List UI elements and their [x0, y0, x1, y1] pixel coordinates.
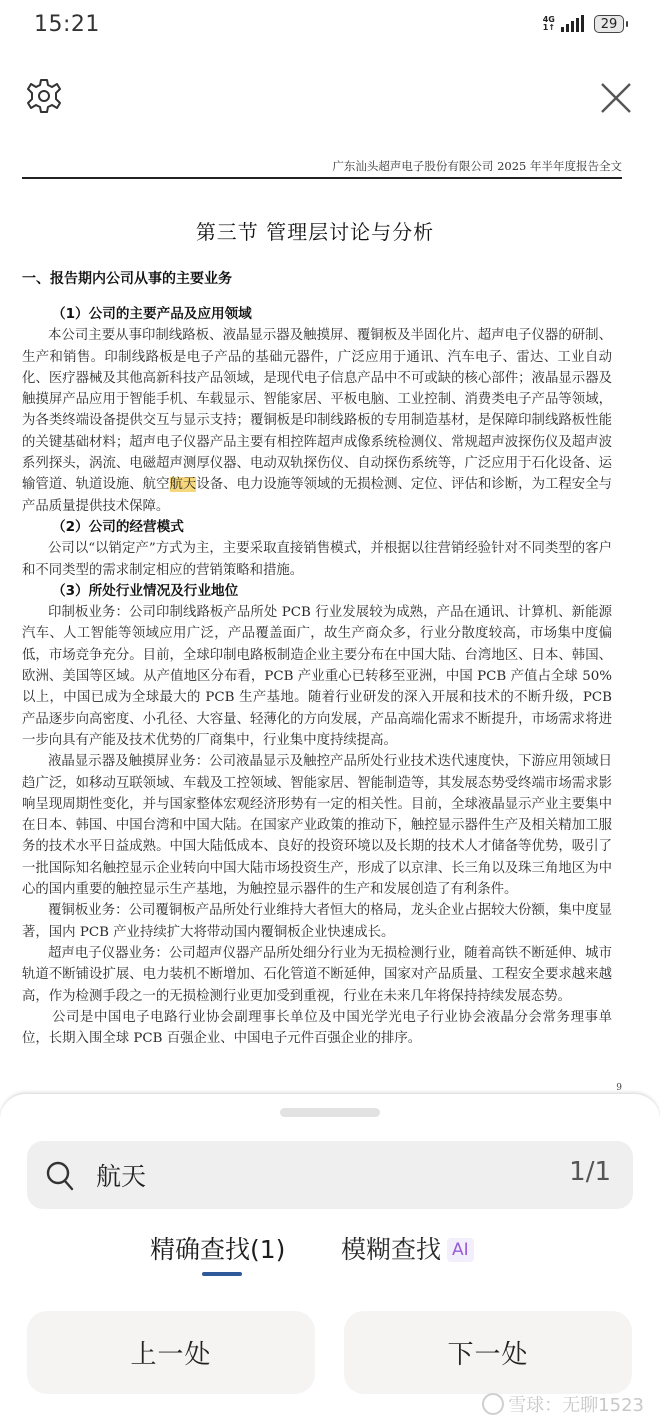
search-icon: [45, 1160, 75, 1192]
paragraph-ccl: 覆铜板业务：公司覆铜板产品所处行业维持大者恒大的格局，龙头企业占据较大份额，集中…: [22, 900, 612, 943]
paragraph-pcb: 印制板业务：公司印制线路板产品所处 PCB 行业发展较为成熟，产品在通讯、计算机…: [22, 602, 612, 751]
search-query[interactable]: 航天: [96, 1157, 146, 1193]
watermark: 雪球：无聊1523: [482, 1391, 644, 1417]
heading-main-business: 一、报告期内公司从事的主要业务: [22, 268, 232, 288]
document-body: （1）公司的主要产品及应用领域 本公司主要从事印制线路板、液晶显示器及触摸屏、覆…: [22, 304, 612, 1049]
search-input[interactable]: 航天 1/1: [27, 1141, 633, 1209]
header-rule: [22, 177, 622, 179]
paragraph-products: 本公司主要从事印制线路板、液晶显示器及触摸屏、覆铜板及半固化片、超声电子仪器的研…: [22, 325, 612, 517]
search-highlight: 航天: [170, 477, 197, 492]
network-activity: 1↑: [543, 24, 555, 32]
subheading-products: （1）公司的主要产品及应用领域: [22, 304, 612, 325]
paragraph-ultrasonic: 超声电子仪器业务：公司超声仪器产品所处细分行业为无损检测行业，随着高铁不断延伸、…: [22, 943, 612, 1007]
signal-icon: [561, 16, 584, 32]
close-icon[interactable]: [598, 80, 634, 116]
previous-match-button[interactable]: 上一处: [27, 1311, 315, 1394]
status-time: 15:21: [34, 12, 100, 37]
status-indicators: 4G 1↑ 29: [543, 15, 624, 33]
subheading-industry: （3）所处行业情况及行业地位: [22, 581, 612, 602]
drag-handle[interactable]: [280, 1108, 380, 1117]
tab-exact-search[interactable]: 精确查找(1): [150, 1230, 285, 1266]
running-header: 广东汕头超声电子股份有限公司 2025 年半年度报告全文: [332, 158, 622, 174]
search-sheet: 航天 1/1 精确查找(1) 模糊查找AI 上一处 下一处 雪球：无聊1523: [0, 1093, 660, 1425]
paragraph-membership: 公司是中国电子电路行业协会副理事长单位及中国光学光电子行业协会液晶分会常务理事单…: [22, 1007, 612, 1050]
status-bar: 15:21 4G 1↑ 29: [0, 0, 660, 56]
paragraph-business-model: 公司以“以销定产”方式为主，主要采取直接销售模式，并根据以往营销经验针对不同类型…: [22, 538, 612, 581]
gear-icon[interactable]: [24, 76, 64, 116]
match-counter: 1/1: [569, 1157, 611, 1187]
snowball-logo-icon: [482, 1393, 504, 1415]
section-title: 第三节 管理层讨论与分析: [0, 216, 630, 245]
search-mode-tabs: 精确查找(1) 模糊查找AI: [0, 1224, 660, 1284]
network-type: 4G 1↑: [543, 16, 555, 32]
tab-label: 模糊查找: [341, 1235, 441, 1264]
active-tab-indicator: [202, 1272, 242, 1276]
reader-toolbar: [0, 70, 660, 126]
paragraph-lcd: 液晶显示器及触摸屏业务：公司液晶显示及触控产品所处行业技术迭代速度快，下游应用领…: [22, 751, 612, 900]
text-run: 本公司主要从事印制线路板、液晶显示器及触摸屏、覆铜板及半固化片、超声电子仪器的研…: [22, 328, 612, 492]
watermark-text: 雪球：无聊1523: [508, 1391, 644, 1417]
tab-fuzzy-search[interactable]: 模糊查找AI: [341, 1230, 474, 1266]
next-match-button[interactable]: 下一处: [344, 1311, 632, 1394]
battery-level: 29: [601, 17, 618, 32]
page-number: 9: [616, 1083, 622, 1093]
ai-badge: AI: [447, 1238, 474, 1262]
subheading-business-model: （2）公司的经营模式: [22, 517, 612, 538]
battery-icon: 29: [594, 15, 624, 33]
tab-label: 精确查找(1): [150, 1235, 285, 1264]
